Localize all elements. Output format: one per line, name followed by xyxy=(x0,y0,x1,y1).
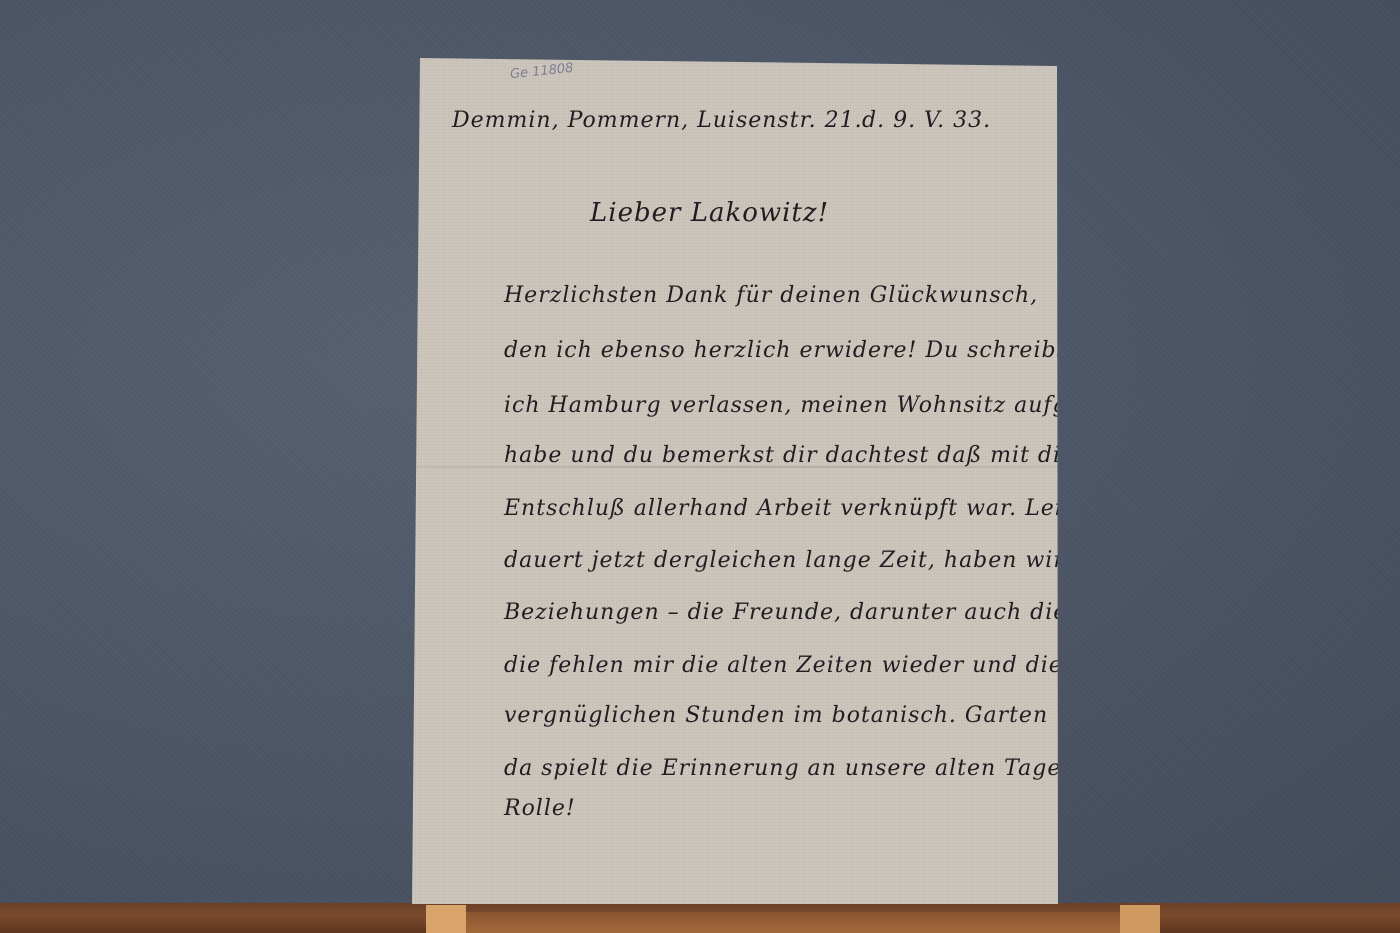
archive-mark: Ge 11808 xyxy=(509,61,574,83)
salutation: Lieber Lakowitz! xyxy=(590,198,829,228)
letter-line: Beziehungen – die Freunde, darunter auch… xyxy=(504,600,1147,625)
letter-date: d. 9. V. 33. xyxy=(862,108,991,133)
letter-line: Herzlichsten Dank für deinen Glückwunsch… xyxy=(504,283,1038,308)
letter-header: Demmin, Pommern, Luisenstr. 21. xyxy=(452,108,863,133)
letter-line: die fehlen mir die alten Zeiten wieder u… xyxy=(504,653,1063,678)
letter-line: den ich ebenso herzlich erwidere! Du sch… xyxy=(504,338,1132,363)
letter-line: Entschluß allerhand Arbeit verknüpft war… xyxy=(504,496,1103,521)
letter-line: Rolle! xyxy=(504,796,576,821)
letter-sheet: Ge 11808 Demmin, Pommern, Luisenstr. 21.… xyxy=(412,58,1058,904)
letter-line: ich Hamburg verlassen, meinen Wohnsitz a… xyxy=(504,393,1155,418)
wooden-table xyxy=(0,903,1400,933)
letter-line: habe und du bemerkst dir dachtest daß mi… xyxy=(504,443,1123,468)
